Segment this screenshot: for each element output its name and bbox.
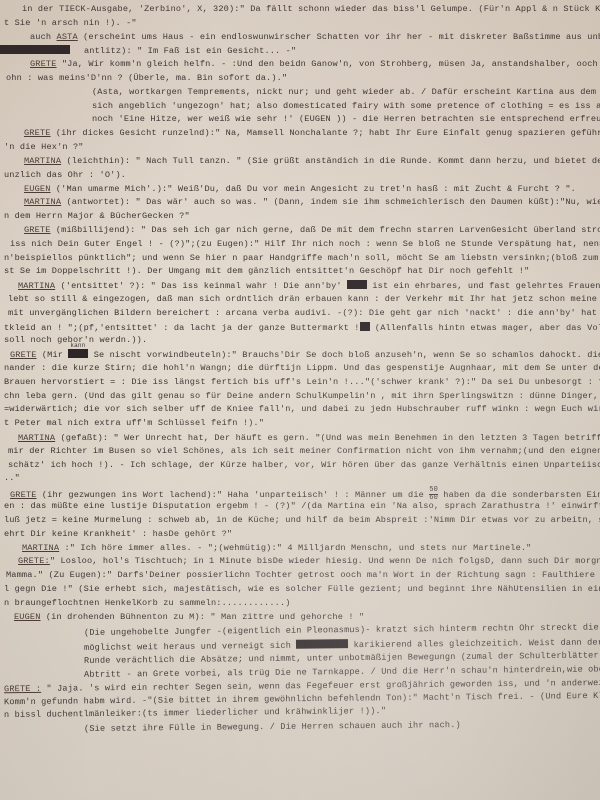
manuscript-page: in der TIECK-Ausgabe, 'Zerbino', X, 320)… [0,0,600,800]
text-line: mir der Richter im Busen so viel Schönes… [8,446,600,456]
text-line: mit unvergänglichen Bildern bereichert :… [8,308,600,318]
speaker-name: MARTINA [24,197,61,207]
text-line: tkleid an ! ";(pf,'entsittet' : da lacht… [4,322,600,333]
text-line: noch 'Eine Hitze, wer weiß wie sehr !' (… [92,114,600,124]
text-line: sich angeblich 'ungezogn' hat; also dome… [92,101,600,111]
text-line: lebt so still & eingezogen, daß man sich… [8,294,600,304]
text-line: (Die ungehobelte Jungfer -(eigentlich ei… [84,622,600,638]
text-line: st Se im Doppelschritt !). Der Umgang mi… [4,266,529,276]
speaker-name: GRETE: [18,556,50,566]
dialogue-line: MARTINA (leichthin): " Nach Tull tanzn. … [24,156,600,166]
text-line: ehrt Dir keine Krankheit' : hasDe gehört… [4,529,232,539]
dialogue-line: EUGEN ('Man umarme Mich'.):" Weiß'Du, da… [24,184,576,194]
dialogue-line: MARTINA ('entsittet' ?): " Das iss keinm… [18,280,600,291]
dialogue-line: MARTINA (antwortet): " Das wär' auch so … [24,197,600,207]
text-line: t Peter mal nich extra uff'm Schlüssel f… [4,418,264,428]
speaker-name: ASTA [57,32,78,42]
text-line: 'n die Hex'n ?" [4,142,84,152]
dialogue-line: GRETE (Mir kann Se nischt vorwindbeuteln… [10,349,600,360]
text-line: antlitz): " Im Faß ist ein Gesicht... -" [0,45,296,56]
text-line: Brauen hervorstiert = : Die iss längst f… [4,377,600,387]
text-line: chn leba gern. (Und das gilt genau so fü… [4,391,600,401]
text-line: n bissl duchentlmänleiker:(ts immer lied… [4,706,386,720]
speaker-name: MARTINA [18,281,55,291]
speaker-name: GRETE [24,128,51,138]
text-line: .." [4,473,20,483]
text-line: n braungeflochtnen HenkelKorb zu sammeln… [4,598,291,608]
text-line: schätz' ich hoch !). - Ich schlage, der … [8,460,600,470]
text-line: Mamma." (Zu Eugen):" Darfs'Deiner possie… [6,570,600,580]
text-line: iss nich Dein Guter Engel ! - (?)";(zu E… [10,239,600,249]
redaction-block [296,639,348,649]
text-line: n dem Herrn Major & BücherGecken ?" [4,211,190,221]
fraction-50-60: 5060 [429,487,438,502]
redaction-block: kann [68,349,88,358]
text-line: nander : die kurze Stirn; die hohl'n Wan… [4,363,600,373]
text-line: en : das müßte eine lustije Disputation … [4,501,600,511]
speaker-name: GRETE [24,225,51,235]
speaker-name: GRETE [10,350,37,360]
speaker-name: GRETE [10,490,37,500]
speaker-name: MARTINA [18,433,55,443]
text-line: l gegn Die !" (Sie erhebt sich, majestät… [4,584,600,594]
dialogue-line: GRETE (mißbillijend): " Das seh ich gar … [24,225,600,235]
speaker-name: GRETE [30,59,57,69]
text-line: Runde verächtlich die Absätze; und nimmt… [84,650,600,666]
text-line: =widerwärtich; die vor sich selber uff d… [4,404,600,414]
text-line: unzlich das Ohr : 'O'). [4,170,126,180]
prefix-text: auch [30,32,57,42]
dialogue-line: GRETE (ihr gezwungen ins Wort lachend):"… [10,487,600,502]
dialogue-line: EUGEN (in drohenden Bühnenton zu M): " M… [14,612,364,622]
speaker-name: GRETE : [4,684,41,694]
text-line: t Sie 'n arsch nin !). -" [4,18,137,28]
text-line: Abtritt - an Grete vorbei, als trüg Die … [84,664,600,680]
text-line: in der TIECK-Ausgabe, 'Zerbino', X, 320)… [22,4,600,14]
text-line: luß jetz = keine Murmelung : schweb ab, … [4,515,600,525]
speaker-name: EUGEN [14,612,41,622]
speaker-name: MARTINA [22,543,59,553]
text-line: (Sie setzt ihre Fülle in Bewegung. / Die… [84,720,461,734]
text-line: (Asta, wortkargen Temprements, nickt nur… [92,87,600,97]
redaction-block [347,280,367,289]
dialogue-line: GRETE:" Losloo, hol's Tischtuch; in 1 Mi… [18,556,600,566]
dialogue-line: MARTINA :" Ich höre immer alles. - ";(we… [22,543,532,553]
dialogue-line: GRETE (ihr dickes Gesicht runzelnd):" Na… [24,128,600,138]
redaction-block [360,322,370,331]
text-line: ohn : was meins'D'nn ? (Überle, ma. Bin … [6,73,287,83]
text-line: n'beispiellos pünktlich"; und wenn Se hi… [4,253,600,263]
dialogue-line: auch ASTA (erscheint ums Haus - ein endl… [30,32,600,42]
speaker-name: EUGEN [24,184,51,194]
speaker-name: MARTINA [24,156,61,166]
superscript-correction: kann [70,341,85,351]
dialogue-line: GRETE "Ja, Wir komm'n gleich helfn. - :U… [30,59,600,69]
dialogue-line: MARTINA (gefaßt): " Wer Unrecht hat, Der… [18,432,600,443]
redaction-block [0,45,70,54]
